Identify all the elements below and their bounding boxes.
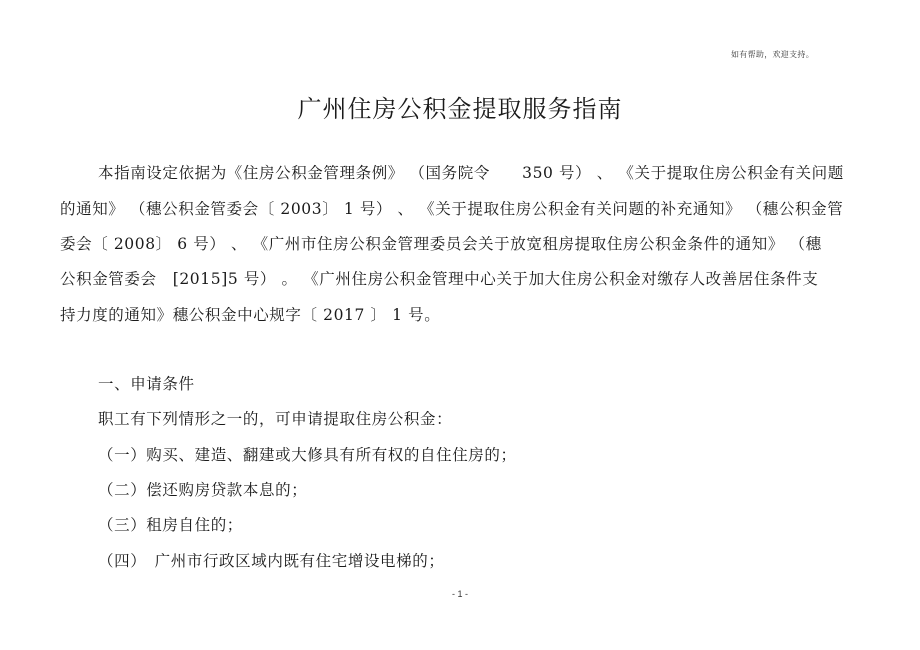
intro-line-2: 的通知》 （穗公积金管委会〔 2003〕 1 号） 、 《关于提取住房公积金有关… xyxy=(60,199,843,219)
list-item: （四） 广州市行政区域内既有住宅增设电梯的； xyxy=(98,551,444,571)
intro-line-3: 委会〔 2008〕 6 号） 、 《广州市住房公积金管理委员会关于放宽租房提取住… xyxy=(60,234,822,254)
intro-line-1: 本指南设定依据为《住房公积金管理条例》 （国务院令 350 号） 、 《关于提取… xyxy=(98,163,844,183)
document-title: 广州住房公积金提取服务指南 xyxy=(0,89,920,124)
page-number: - 1 - xyxy=(0,589,920,599)
intro-line-4: 公积金管委会 [2015]5 号） 。 《广州住房公积金管理中心关于加大住房公积… xyxy=(60,269,818,289)
section-lead: 职工有下列情形之一的，可申请提取住房公积金： xyxy=(98,409,452,429)
section-heading: 一、申请条件 xyxy=(98,374,195,394)
intro-line-5: 持力度的通知》穗公积金中心规字〔 2017 〕 1 号。 xyxy=(60,305,440,325)
list-item: （三）租房自住的； xyxy=(98,515,243,535)
list-item: （一）购买、建造、翻建或大修具有所有权的自住住房的； xyxy=(98,445,517,465)
header-note: 如有帮助，欢迎支持。 xyxy=(731,49,814,60)
list-item: （二）偿还购房贷款本息的； xyxy=(98,480,307,500)
